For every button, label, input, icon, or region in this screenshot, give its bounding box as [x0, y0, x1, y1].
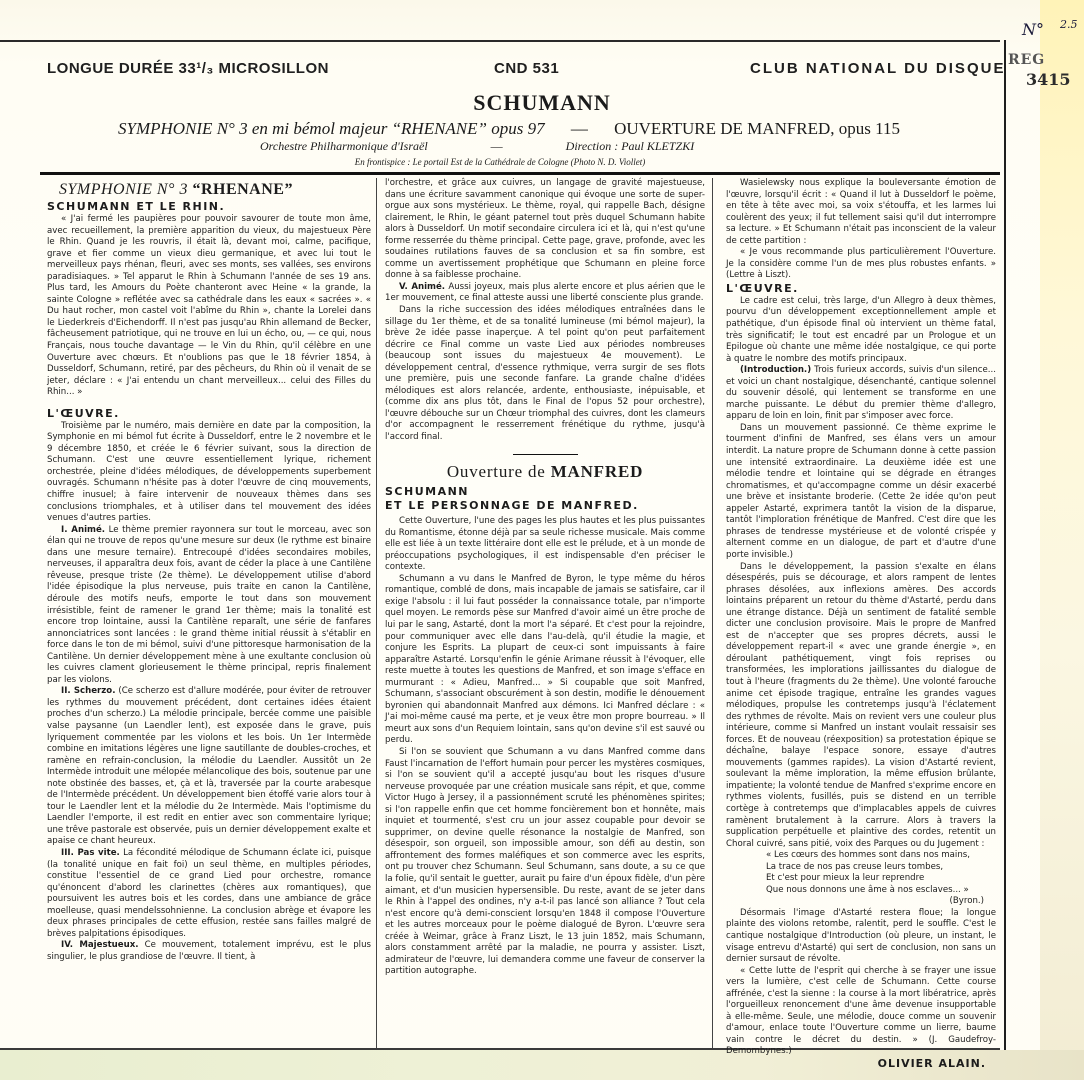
- works-separator: —: [571, 119, 588, 139]
- symphony-title: SYMPHONIE N° 3 “RHENANE”: [59, 180, 371, 200]
- paragraph: Cette Ouverture, l'une des pages les plu…: [385, 516, 705, 574]
- movement-label: V. Animé.: [399, 282, 445, 292]
- right-border: [1004, 40, 1006, 1050]
- paragraph: Wasielewsky nous explique la bouleversan…: [726, 178, 996, 247]
- record-label: CLUB NATIONAL DU DISQUE: [750, 60, 1005, 77]
- section-heading: SCHUMANN: [385, 485, 705, 499]
- record-format: LONGUE DURÉE 33¹/₃ MICROSILLON: [47, 60, 329, 77]
- section-heading: L'ŒUVRE.: [726, 282, 996, 296]
- composer-title: SCHUMANN: [0, 90, 1084, 116]
- paragraph: Dans un mouvement passionné. Ce thème ex…: [726, 423, 996, 562]
- column-3: Wasielewsky nous explique la bouleversan…: [726, 178, 996, 1070]
- poem-quote: « Les cœurs des hommes sont dans nos mai…: [726, 850, 996, 896]
- poem-line: « Les cœurs des hommes sont dans nos mai…: [766, 850, 996, 862]
- quote: « Cette lutte de l'esprit qui cherche à …: [726, 966, 996, 1058]
- movement-paragraph: III. Pas vite. La fécondité mélodique de…: [47, 848, 371, 940]
- paragraph: Dans le développement, la passion s'exal…: [726, 562, 996, 851]
- paragraph-continued: l'orchestre, et grâce aux cuivres, un la…: [385, 178, 705, 282]
- header-divider: [40, 172, 1000, 175]
- stamp-text: REG: [1008, 52, 1045, 68]
- handwritten-number: N°: [1022, 20, 1044, 39]
- movement-paragraph: IV. Majestueux. Ce mouvement, totalement…: [47, 940, 371, 963]
- work-2: OUVERTURE DE MANFRED, opus 115: [614, 119, 900, 138]
- stamp-number: 3415: [1026, 70, 1071, 89]
- section-divider: [513, 454, 578, 456]
- section-heading: SCHUMANN ET LE RHIN.: [47, 200, 371, 214]
- paragraph: Si l'on se souvient que Schumann a vu da…: [385, 747, 705, 978]
- movement-text: (Ce scherzo est d'allure modérée, pour é…: [47, 686, 371, 846]
- movement-label: III. Pas vite.: [61, 848, 120, 858]
- works-line: SYMPHONIE N° 3 en mi bémol majeur “RHENA…: [118, 119, 900, 139]
- paragraph: Troisième par le numéro, mais dernière e…: [47, 421, 371, 525]
- work-1: SYMPHONIE N° 3 en mi bémol majeur “RHENA…: [118, 119, 545, 138]
- column-divider: [376, 178, 377, 1048]
- poem-line: Et c'est pour mieux la leur reprendre: [766, 873, 996, 885]
- movement-paragraph: V. Animé. Aussi joyeux, mais plus alerte…: [385, 282, 705, 305]
- author-signature: OLIVIER ALAIN.: [726, 1058, 986, 1070]
- paragraph: (Introduction.) Trois furieux accords, s…: [726, 365, 996, 423]
- poem-line: Que nous donnons une âme à nos esclaves.…: [766, 885, 996, 897]
- handwritten-price: 2.5: [1060, 18, 1078, 31]
- poem-attribution: (Byron.): [726, 896, 996, 908]
- quote: « Je vous recommande plus particulièreme…: [726, 247, 996, 282]
- paragraph: Le cadre est celui, très large, d'un All…: [726, 296, 996, 365]
- top-border: [0, 40, 1000, 42]
- paragraph: Dans la riche succession des idées mélod…: [385, 305, 705, 444]
- performers-line: Orchestre Philharmonique d'Israël — Dire…: [260, 139, 694, 154]
- manfred-title: Ouverture de MANFRED: [385, 461, 705, 483]
- symphony-title-name: “RHENANE”: [192, 181, 293, 198]
- column-2: l'orchestre, et grâce aux cuivres, un la…: [385, 178, 705, 978]
- frontispiece-credit: En frontispice : Le portail Est de la Ca…: [0, 157, 1000, 167]
- section-heading: ET LE PERSONNAGE DE MANFRED.: [385, 499, 705, 513]
- movement-text: Le thème premier rayonnera sur tout le m…: [47, 525, 371, 685]
- column-1: SYMPHONIE N° 3 “RHENANE” SCHUMANN ET LE …: [47, 178, 371, 963]
- movement-label: IV. Majestueux.: [61, 940, 139, 950]
- movement-paragraph: I. Animé. Le thème premier rayonnera sur…: [47, 525, 371, 687]
- movement-label: II. Scherzo.: [61, 686, 115, 696]
- sleeve-edge: [1040, 0, 1084, 1080]
- manfred-title-name: MANFRED: [551, 462, 643, 481]
- paragraph: Désormais l'image d'Astarté restera flou…: [726, 908, 996, 966]
- catalog-number: CND 531: [494, 60, 559, 77]
- movement-text: La fécondité mélodique de Schumann éclat…: [47, 848, 371, 939]
- movement-paragraph: II. Scherzo. (Ce scherzo est d'allure mo…: [47, 686, 371, 848]
- movement-label: I. Animé.: [61, 525, 105, 535]
- symphony-title-number: SYMPHONIE N° 3: [59, 181, 188, 198]
- performers-separator: —: [491, 139, 503, 154]
- intro-label: (Introduction.): [740, 365, 811, 375]
- column-divider: [712, 178, 713, 1048]
- paragraph: Schumann a vu dans le Manfred de Byron, …: [385, 574, 705, 747]
- manfred-title-prefix: Ouverture de: [447, 462, 546, 481]
- section-heading: L'ŒUVRE.: [47, 407, 371, 421]
- orchestra: Orchestre Philharmonique d'Israël: [260, 139, 428, 153]
- poem-line: La trace de nos pas creuse leurs tombes,: [766, 862, 996, 874]
- director: Direction : Paul KLETZKI: [566, 139, 695, 153]
- paragraph: « J'ai fermé les paupières pour pouvoir …: [47, 214, 371, 399]
